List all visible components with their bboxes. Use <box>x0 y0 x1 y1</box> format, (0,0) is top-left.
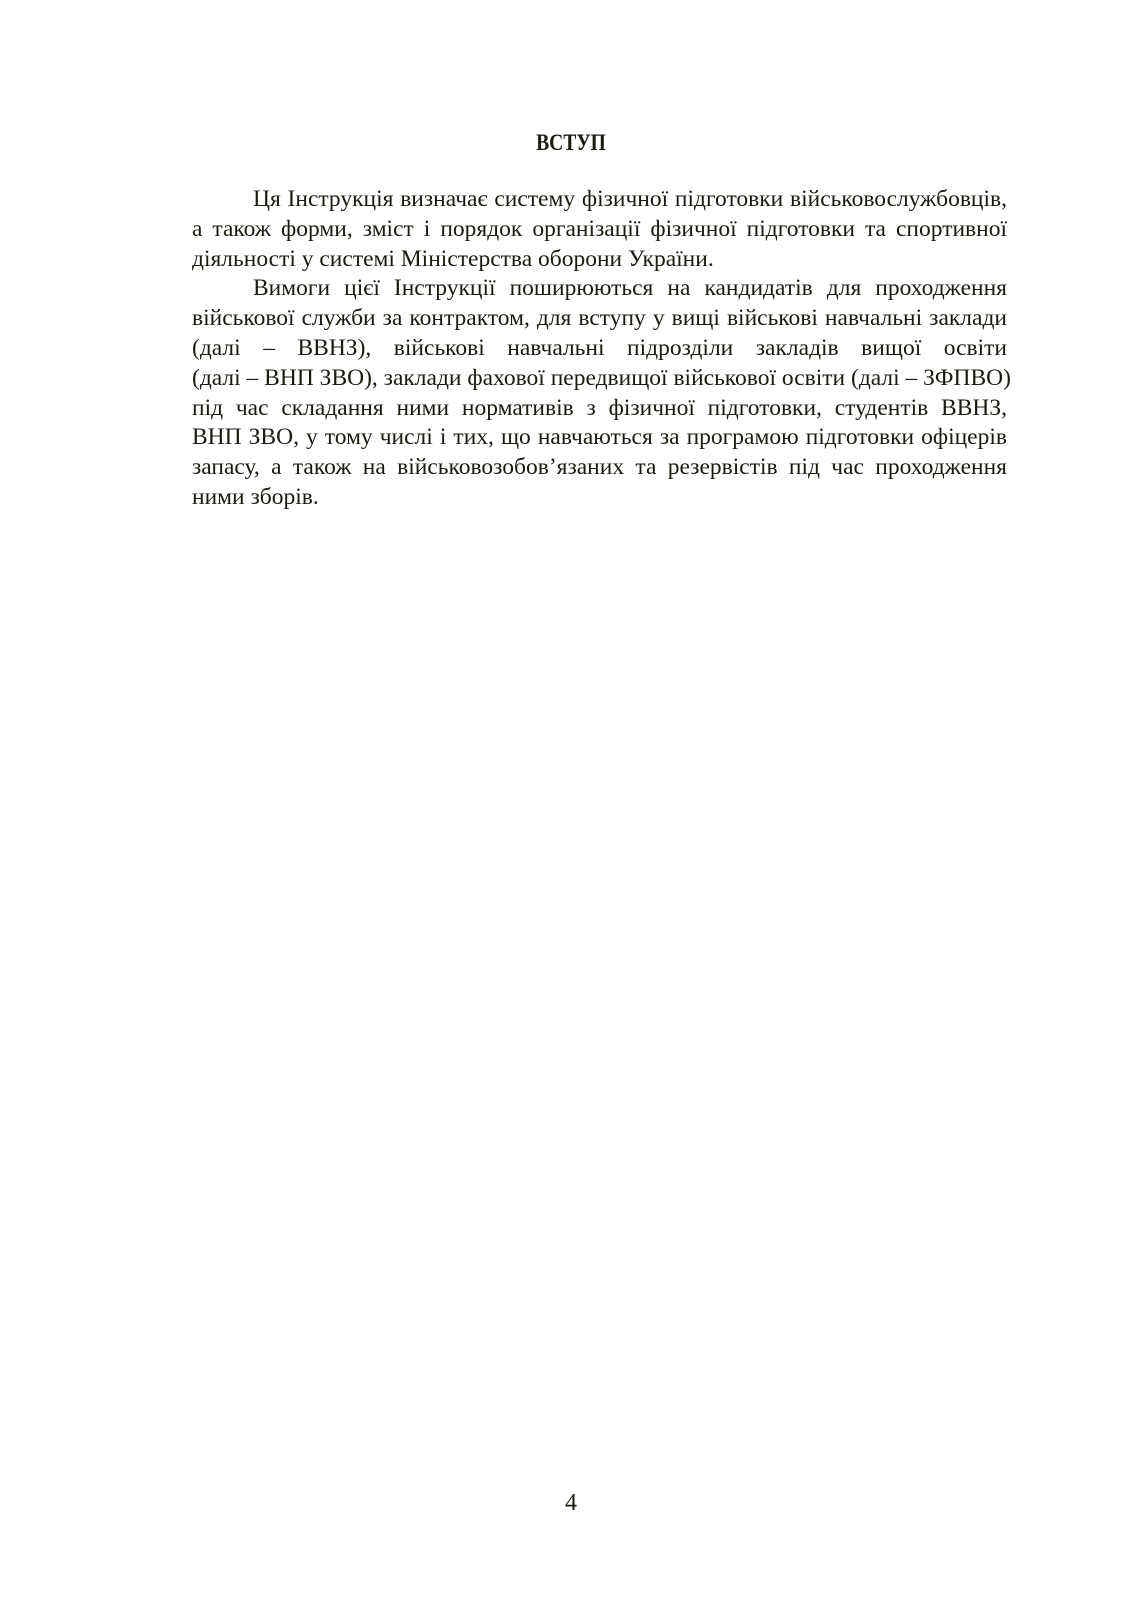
section-title: ВСТУП <box>86 130 1057 156</box>
page-number: 4 <box>0 1490 1142 1517</box>
text-line: під час складання ними нормативів з фізи… <box>131 394 1007 424</box>
text-line: ними зборів. <box>131 483 1007 513</box>
text-line: а також форми, зміст і порядок організац… <box>131 215 1007 245</box>
text-line: Вимоги цієї Інструкції поширюються на ка… <box>131 274 1007 304</box>
text-line: військової служби за контрактом, для вст… <box>131 304 1007 334</box>
document-page: ВСТУП Ця Інструкція визначає систему фіз… <box>0 0 1142 1615</box>
text-line: Ця Інструкція визначає систему фізичної … <box>131 185 1007 215</box>
text-line: запасу, а також на військовозобов’язаних… <box>131 453 1007 483</box>
text-line: (далі – ВНП ЗВО), заклади фахової передв… <box>131 364 1007 394</box>
paragraph-2: Вимоги цієї Інструкції поширюються на ка… <box>131 274 1007 512</box>
text-line: ВНП ЗВО, у тому числі і тих, що навчають… <box>131 423 1007 453</box>
document-body: Ця Інструкція визначає систему фізичної … <box>131 185 1007 513</box>
text-line: діяльності у системі Міністерства оборон… <box>131 245 1007 275</box>
text-line: (далі – ВВНЗ), військові навчальні підро… <box>131 334 1007 364</box>
paragraph-1: Ця Інструкція визначає систему фізичної … <box>131 185 1007 274</box>
